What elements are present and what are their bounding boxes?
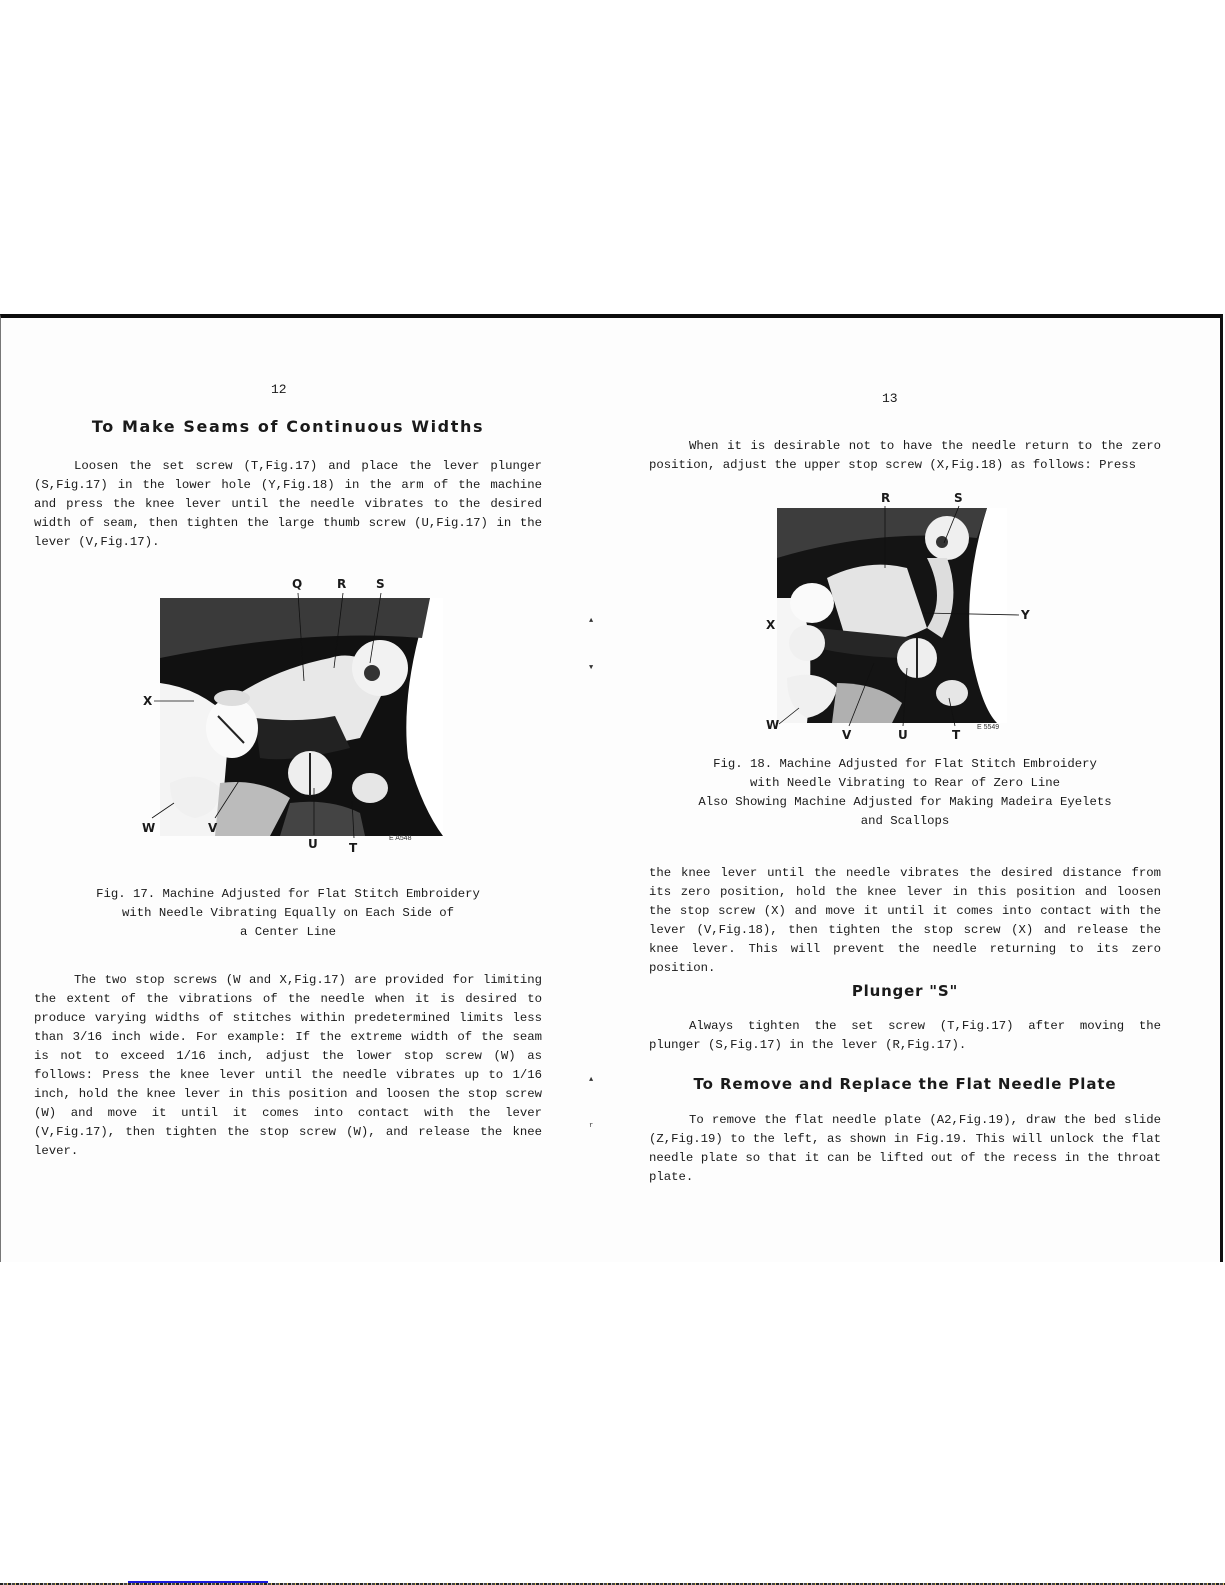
figure-leader-lines bbox=[649, 488, 1161, 738]
caption-line: Fig. 18. Machine Adjusted for Flat Stitc… bbox=[649, 755, 1161, 774]
gutter-mark: ▼ bbox=[589, 664, 593, 672]
figure-17: Q R S bbox=[34, 573, 542, 853]
paragraph: Always tighten the set screw (T,Fig.17) … bbox=[649, 1017, 1161, 1055]
gutter-mark: r bbox=[589, 1122, 593, 1130]
section-heading: To Remove and Replace the Flat Needle Pl… bbox=[649, 1075, 1161, 1093]
book-spread: 12 To Make Seams of Continuous Widths Lo… bbox=[0, 314, 1223, 1262]
left-page: 12 To Make Seams of Continuous Widths Lo… bbox=[34, 318, 542, 1258]
caption-line: a Center Line bbox=[34, 923, 542, 942]
caption-line: Also Showing Machine Adjusted for Making… bbox=[649, 793, 1161, 812]
figure-caption: Fig. 18. Machine Adjusted for Flat Stitc… bbox=[649, 755, 1161, 831]
right-page: 13 When it is desirable not to have the … bbox=[649, 318, 1161, 1258]
gutter-mark: ▲ bbox=[589, 1076, 593, 1084]
caption-line: Fig. 17. Machine Adjusted for Flat Stitc… bbox=[34, 885, 542, 904]
figure-leader-lines bbox=[34, 573, 542, 853]
gutter-mark: ▲ bbox=[589, 617, 593, 625]
caption-line: with Needle Vibrating to Rear of Zero Li… bbox=[649, 774, 1161, 793]
section-heading: To Make Seams of Continuous Widths bbox=[34, 417, 542, 436]
page-number: 12 bbox=[271, 382, 287, 397]
section-heading: Plunger "S" bbox=[649, 982, 1161, 1000]
caption-line: and Scallops bbox=[649, 812, 1161, 831]
caption-line: with Needle Vibrating Equally on Each Si… bbox=[34, 904, 542, 923]
paragraph: the knee lever until the needle vibrates… bbox=[649, 864, 1161, 978]
paragraph: Loosen the set screw (T,Fig.17) and plac… bbox=[34, 457, 542, 552]
paragraph: The two stop screws (W and X,Fig.17) are… bbox=[34, 971, 542, 1161]
figure-18: R S bbox=[649, 488, 1161, 738]
paragraph: When it is desirable not to have the nee… bbox=[649, 437, 1161, 475]
page-number: 13 bbox=[882, 391, 898, 406]
figure-caption: Fig. 17. Machine Adjusted for Flat Stitc… bbox=[34, 885, 542, 942]
paragraph: To remove the flat needle plate (A2,Fig.… bbox=[649, 1111, 1161, 1187]
